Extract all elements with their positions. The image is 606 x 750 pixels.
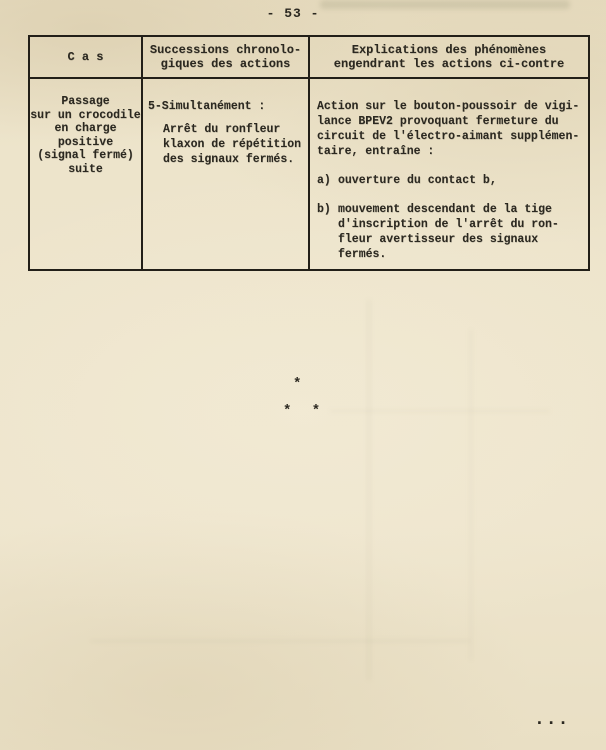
list-item-text: mouvement descendant de la tige d'inscri… <box>338 202 559 262</box>
list-item-marker: b) <box>317 202 338 262</box>
table-header-successions: Successions chronolo- giques des actions <box>143 37 310 79</box>
scanned-document-page: - 53 - C a s Successions chronolo- gique… <box>0 0 606 750</box>
bleed-through-artifact <box>368 300 370 680</box>
actions-detail: Arrêt du ronfleur klaxon de répétition d… <box>163 122 306 167</box>
phenomena-table: C a s Successions chronolo- giques des a… <box>28 35 590 271</box>
table-cell-cas: Passage sur un crocodile en charge posit… <box>30 79 143 269</box>
list-item: b) mouvement descendant de la tige d'ins… <box>317 202 584 262</box>
section-separator-star: * <box>293 376 301 392</box>
page-number: - 53 - <box>248 6 338 21</box>
actions-title: 5-Simultanément : <box>148 99 306 114</box>
section-separator-star-pair: * * <box>283 403 326 419</box>
continuation-dots: ... <box>534 710 569 730</box>
table-cell-actions: 5-Simultanément : Arrêt du ronfleur klax… <box>143 79 310 269</box>
list-item-marker: a) <box>317 173 338 188</box>
cas-text: Passage sur un crocodile en charge posit… <box>30 95 141 176</box>
bleed-through-artifact <box>320 0 570 9</box>
list-item: a) ouverture du contact b, <box>317 173 584 188</box>
list-item-text: ouverture du contact b, <box>338 173 497 188</box>
explication-intro: Action sur le bouton-poussoir de vigi- l… <box>317 99 584 159</box>
table-header-explications: Explications des phénomènes engendrant l… <box>310 37 588 79</box>
bleed-through-artifact <box>90 640 470 642</box>
table-cell-explications: Action sur le bouton-poussoir de vigi- l… <box>310 79 588 269</box>
bleed-through-artifact <box>470 330 472 660</box>
table-header-cas: C a s <box>30 37 143 79</box>
bleed-through-artifact <box>330 410 550 412</box>
